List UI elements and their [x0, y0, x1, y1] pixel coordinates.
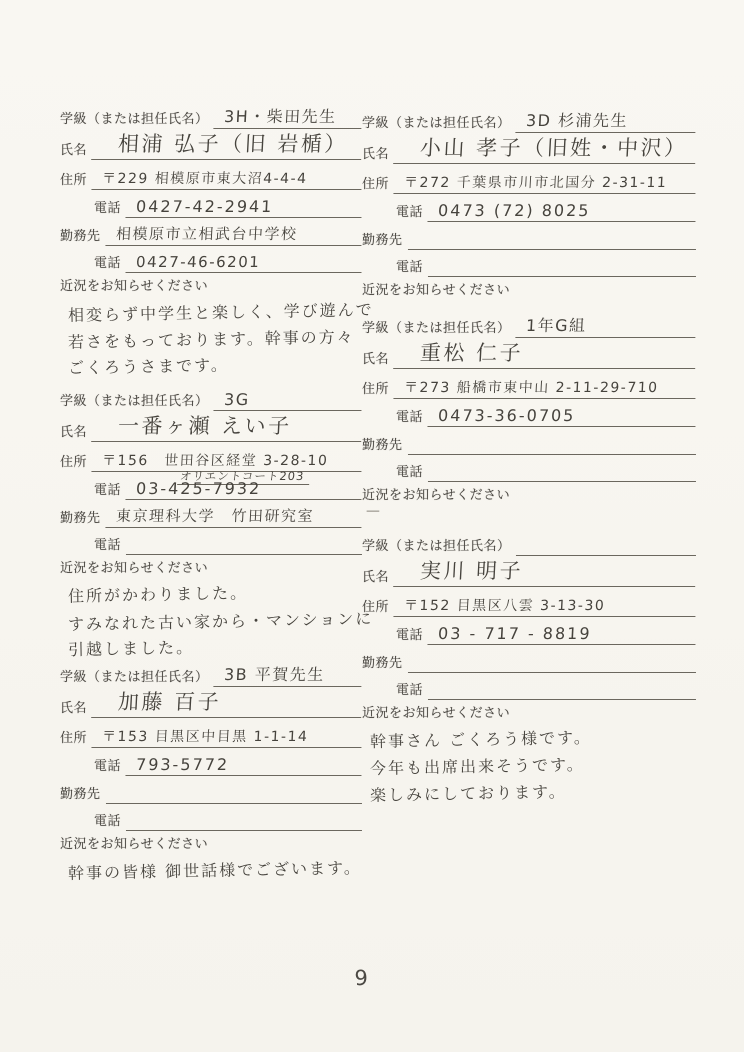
phone-value: 0473 (72) 8025 [427, 201, 696, 222]
name-value: 相浦 弘子（旧 岩楯） [91, 128, 363, 160]
class-label: 学級（または担任氏名） [60, 390, 214, 411]
news-label: 近況をお知らせください [60, 557, 213, 578]
workplace-label: 勤務先 [60, 225, 106, 246]
address-value: 〒229 相模原市東大沼4-4-4 [91, 168, 362, 190]
class-field-row: 学級（または担任氏名） 3B 平賀先生 [60, 660, 362, 687]
scanned-page: 学級（または担任氏名） 3H・柴田先生 氏名 相浦 弘子（旧 岩楯） 住所 〒2… [0, 0, 744, 1052]
address-label: 住所 [60, 727, 92, 748]
news-line: 楽しみにしております。 [370, 778, 567, 809]
phone-value: 0473-36-0705 [427, 406, 696, 427]
work-phone-label: 電話 [396, 461, 428, 482]
name-field-row: 氏名 重松 仁子 [362, 338, 696, 369]
news-label-row: 近況をお知らせください [60, 831, 362, 854]
class-value: 1年G組 [515, 313, 697, 338]
name-field-row: 氏名 加藤 百子 [60, 687, 362, 718]
workplace-value: 東京理科大学 竹田研究室 [105, 505, 363, 528]
name-label: 氏名 [60, 139, 92, 160]
address-value: 〒273 船橋市東中山 2-11-29-710 [393, 377, 696, 399]
news-line: すみなれた古い家から・マンションに [68, 605, 374, 638]
class-field-row: 学級（または担任氏名） 3H・柴田先生 [60, 102, 362, 129]
news-label: 近況をお知らせください [60, 833, 213, 854]
work-phone-field-row: 電話 [396, 455, 696, 482]
news-line: 住所がかわりました。 [68, 579, 249, 609]
phone-value: 03-425-7932 [125, 479, 362, 500]
class-value: 3D 杉浦先生 [515, 108, 697, 133]
workplace-label: 勤務先 [362, 652, 408, 673]
address-field-row: 住所 〒152 目黒区八雲 3-13-30 [362, 587, 696, 617]
name-field-row: 氏名 一番ヶ瀬 えい子 [60, 411, 362, 442]
workplace-value [105, 802, 362, 804]
news-message: 住所がかわりました。 すみなれた古い家から・マンションに 引越しました。 [60, 578, 362, 662]
handwritten-dash: — [366, 503, 381, 519]
news-message: 幹事さん ごくろう様です。 今年も出席出来そうです。 楽しみにしております。 [362, 723, 696, 807]
name-value: 実川 明子 [393, 555, 697, 587]
address-label: 住所 [362, 596, 394, 617]
address-field-row: 住所 〒273 船橋市東中山 2-11-29-710 [362, 369, 696, 399]
form-entry-block: 学級（または担任氏名） 3B 平賀先生 氏名 加藤 百子 住所 〒153 目黒区… [60, 660, 362, 884]
news-message: 相変らず中学生と楽しく、学び遊んで 若さをもっております。幹事の方々 ごくろうさ… [60, 296, 362, 380]
work-phone-field-row: 電話 [94, 804, 362, 831]
news-label: 近況をお知らせください [362, 484, 515, 505]
news-message: 幹事の皆様 御世話様でございます。 [60, 854, 362, 884]
phone-field-row: 電話 0427-42-2941 [94, 190, 362, 218]
class-label: 学級（または担任氏名） [362, 317, 516, 338]
form-entry-block: 学級（または担任氏名） 1年G組 氏名 重松 仁子 住所 〒273 船橋市東中山… [362, 311, 696, 505]
news-label-row: 近況をお知らせください [362, 482, 696, 505]
class-label: 学級（または担任氏名） [60, 108, 214, 129]
address-label: 住所 [60, 451, 92, 472]
name-label: 氏名 [362, 566, 394, 587]
phone-label: 電話 [396, 201, 428, 222]
workplace-field-row: 勤務先 東京理科大学 竹田研究室 [60, 500, 362, 528]
name-label: 氏名 [60, 697, 92, 718]
address-value: 〒272 千葉県市川市北国分 2-31-11 [393, 172, 696, 194]
workplace-value: 相模原市立相武台中学校 [105, 223, 363, 246]
name-value: 一番ヶ瀬 えい子 [91, 410, 363, 442]
class-field-row: 学級（または担任氏名） 3G [60, 384, 362, 411]
work-phone-value [126, 829, 362, 831]
phone-label: 電話 [94, 197, 126, 218]
workplace-value [407, 453, 696, 455]
workplace-label: 勤務先 [362, 434, 408, 455]
workplace-label: 勤務先 [362, 229, 408, 250]
class-field-row: 学級（または担任氏名） [362, 529, 696, 556]
address-field-row: 住所 〒229 相模原市東大沼4-4-4 [60, 160, 362, 190]
news-label: 近況をお知らせください [362, 279, 515, 300]
workplace-field-row: 勤務先 [362, 427, 696, 455]
phone-field-row: 電話 0473-36-0705 [396, 399, 696, 427]
class-value: 3H・柴田先生 [213, 104, 363, 129]
class-label: 学級（または担任氏名） [362, 535, 516, 556]
workplace-field-row: 勤務先 相模原市立相武台中学校 [60, 218, 362, 246]
work-phone-value [428, 275, 696, 277]
news-line: ごくろうさまです。 [68, 351, 229, 381]
news-label-row: 近況をお知らせください [60, 555, 362, 578]
address-field-row: 住所 〒153 目黒区中目黒 1-1-14 [60, 718, 362, 748]
address-label: 住所 [60, 169, 92, 190]
work-phone-field-row: 電話 0427-46-6201 [94, 246, 362, 273]
work-phone-label: 電話 [94, 252, 126, 273]
news-label: 近況をお知らせください [362, 702, 515, 723]
workplace-field-row: 勤務先 [362, 222, 696, 250]
work-phone-label: 電話 [396, 679, 428, 700]
name-field-row: 氏名 小山 孝子（旧姓・中沢） [362, 133, 696, 164]
work-phone-label: 電話 [94, 810, 126, 831]
address-field-row: 住所 〒272 千葉県市川市北国分 2-31-11 [362, 164, 696, 194]
phone-field-row: 電話 03 - 717 - 8819 [396, 617, 696, 645]
news-label-row: 近況をお知らせください [60, 273, 362, 296]
phone-field-row: 電話 793-5772 [94, 748, 362, 776]
name-label: 氏名 [362, 348, 394, 369]
class-label: 学級（または担任氏名） [362, 112, 516, 133]
workplace-label: 勤務先 [60, 783, 106, 804]
news-line: 引越しました。 [68, 634, 195, 663]
workplace-field-row: 勤務先 [362, 645, 696, 673]
class-value: 3B 平賀先生 [213, 662, 363, 687]
address-label: 住所 [362, 173, 394, 194]
phone-value: 03 - 717 - 8819 [427, 624, 696, 645]
phone-label: 電話 [94, 479, 126, 500]
work-phone-value [428, 480, 696, 482]
address-label: 住所 [362, 378, 394, 399]
phone-label: 電話 [94, 755, 126, 776]
name-field-row: 氏名 実川 明子 [362, 556, 696, 587]
phone-field-row: 電話 0473 (72) 8025 [396, 194, 696, 222]
workplace-value [407, 248, 696, 250]
news-label-row: 近況をお知らせください [362, 277, 696, 300]
work-phone-field-row: 電話 [396, 250, 696, 277]
class-label: 学級（または担任氏名） [60, 666, 214, 687]
form-entry-block: 学級（または担任氏名） 3H・柴田先生 氏名 相浦 弘子（旧 岩楯） 住所 〒2… [60, 102, 362, 380]
address-value: 〒152 目黒区八雲 3-13-30 [393, 595, 696, 617]
work-phone-value [428, 698, 696, 700]
class-value: 3G [213, 390, 363, 411]
work-phone-label: 電話 [94, 534, 126, 555]
name-label: 氏名 [362, 143, 394, 164]
news-line: 幹事の皆様 御世話様でございます。 [68, 854, 362, 887]
phone-value: 793-5772 [125, 755, 362, 776]
page-number: 9 [0, 953, 724, 1002]
phone-value: 0427-42-2941 [125, 197, 362, 218]
address-value: 〒153 目黒区中目黒 1-1-14 [91, 726, 362, 748]
workplace-value [407, 671, 696, 673]
name-field-row: 氏名 相浦 弘子（旧 岩楯） [60, 129, 362, 160]
name-value: 重松 仁子 [393, 337, 697, 369]
news-label-row: 近況をお知らせください [362, 700, 696, 723]
workplace-label: 勤務先 [60, 507, 106, 528]
class-field-row: 学級（または担任氏名） 1年G組 [362, 311, 696, 338]
phone-label: 電話 [396, 624, 428, 645]
work-phone-field-row: 電話 [396, 673, 696, 700]
form-entry-block: 学級（または担任氏名） 氏名 実川 明子 住所 〒152 目黒区八雲 3-13-… [362, 529, 696, 807]
phone-label: 電話 [396, 406, 428, 427]
name-value: 小山 孝子（旧姓・中沢） [393, 132, 697, 164]
work-phone-value [126, 553, 362, 555]
work-phone-field-row: 電話 [94, 528, 362, 555]
form-entry-block: 学級（または担任氏名） 3G 氏名 一番ヶ瀬 えい子 住所 〒156 世田谷区経… [60, 384, 362, 662]
news-label: 近況をお知らせください [60, 275, 213, 296]
class-field-row: 学級（または担任氏名） 3D 杉浦先生 [362, 106, 696, 133]
form-entry-block: 学級（または担任氏名） 3D 杉浦先生 氏名 小山 孝子（旧姓・中沢） 住所 〒… [362, 106, 696, 300]
work-phone-value: 0427-46-6201 [125, 253, 362, 273]
work-phone-label: 電話 [396, 256, 428, 277]
name-value: 加藤 百子 [91, 686, 363, 718]
workplace-field-row: 勤務先 [60, 776, 362, 804]
name-label: 氏名 [60, 421, 92, 442]
